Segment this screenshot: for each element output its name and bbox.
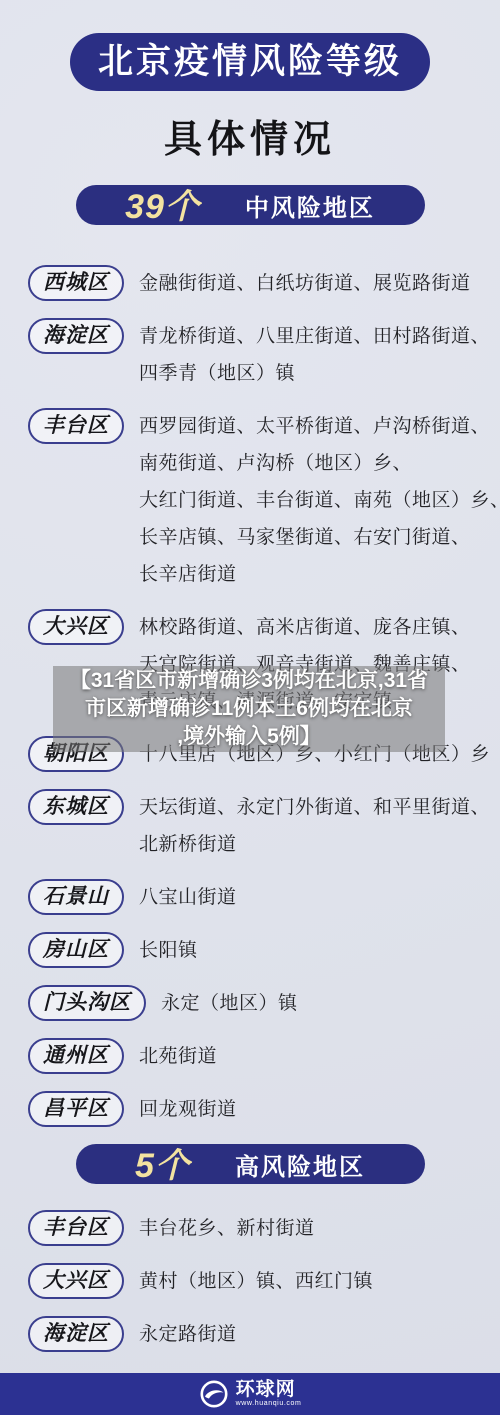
news-headline-line: 【31省区市新增确诊3例均在北京,31省	[55, 667, 443, 695]
street-list: 回龙观街道	[139, 1091, 479, 1128]
footer-brand: 环球网	[236, 1380, 296, 1399]
street-line: 永定路街道	[139, 1316, 479, 1353]
district-row: 通州区北苑街道	[28, 1038, 500, 1075]
news-headline-line: 市区新增确诊11例本土6例均在北京	[55, 695, 443, 723]
district-pill: 石景山	[28, 879, 124, 915]
medium-risk-count: 39个	[125, 179, 200, 228]
street-list: 北苑街道	[139, 1038, 479, 1075]
district-pill: 海淀区	[28, 1316, 124, 1352]
page-title: 北京疫情风险等级	[70, 33, 430, 91]
district-pill: 丰台区	[28, 408, 124, 444]
high-risk-count: 5个	[135, 1138, 190, 1187]
district-row: 海淀区青龙桥街道、八里庄街道、田村路街道、四季青（地区）镇	[28, 318, 500, 392]
section-medium-risk: 39个 中风险地区 西城区金融街街道、白纸坊街道、展览路街道海淀区青龙桥街道、八…	[0, 185, 500, 1128]
street-line: 长辛店镇、马家堡街道、右安门街道、	[139, 519, 479, 556]
medium-risk-label: 中风险地区	[245, 188, 375, 223]
high-risk-rows: 丰台区丰台花乡、新村街道大兴区黄村（地区）镇、西红门镇海淀区永定路街道	[0, 1210, 500, 1353]
footer-logo-text: 环球网 www.huanqiu.com	[236, 1380, 302, 1408]
district-row: 大兴区黄村（地区）镇、西红门镇	[28, 1263, 500, 1300]
street-line: 永定（地区）镇	[161, 985, 500, 1022]
street-list: 西罗园街道、太平桥街道、卢沟桥街道、南苑街道、卢沟桥（地区）乡、大红门街道、丰台…	[139, 408, 479, 593]
medium-risk-banner: 39个 中风险地区	[76, 185, 425, 225]
street-line: 青龙桥街道、八里庄街道、田村路街道、	[139, 318, 479, 355]
street-list: 八宝山街道	[139, 879, 479, 916]
street-line: 丰台花乡、新村街道	[139, 1210, 479, 1247]
street-line: 林校路街道、高米店街道、庞各庄镇、	[139, 609, 479, 646]
district-pill: 西城区	[28, 265, 124, 301]
news-headline-line: ,境外输入5例】	[55, 723, 443, 751]
district-row: 东城区天坛街道、永定门外街道、和平里街道、北新桥街道	[28, 789, 500, 863]
street-line: 天坛街道、永定门外街道、和平里街道、	[139, 789, 479, 826]
street-list: 天坛街道、永定门外街道、和平里街道、北新桥街道	[139, 789, 479, 863]
street-line: 北新桥街道	[139, 826, 479, 863]
infographic-page: 北京疫情风险等级 具体情况 39个 中风险地区 西城区金融街街道、白纸坊街道、展…	[0, 0, 500, 1415]
district-row: 海淀区永定路街道	[28, 1316, 500, 1353]
street-line: 西罗园街道、太平桥街道、卢沟桥街道、	[139, 408, 479, 445]
district-row: 昌平区回龙观街道	[28, 1091, 500, 1128]
subtitle: 具体情况	[0, 108, 500, 163]
district-row: 丰台区丰台花乡、新村街道	[28, 1210, 500, 1247]
street-list: 青龙桥街道、八里庄街道、田村路街道、四季青（地区）镇	[139, 318, 479, 392]
district-pill: 大兴区	[28, 1263, 124, 1299]
street-line: 八宝山街道	[139, 879, 479, 916]
street-line: 大红门街道、丰台街道、南苑（地区）乡、	[139, 482, 479, 519]
district-pill: 丰台区	[28, 1210, 124, 1246]
street-line: 金融街街道、白纸坊街道、展览路街道	[139, 265, 479, 302]
high-risk-label: 高风险地区	[235, 1147, 365, 1182]
street-list: 长阳镇	[139, 932, 479, 969]
footer-bar: 环球网 www.huanqiu.com	[0, 1373, 500, 1415]
street-line: 回龙观街道	[139, 1091, 479, 1128]
street-line: 长辛店街道	[139, 556, 479, 593]
street-line: 长阳镇	[139, 932, 479, 969]
district-row: 丰台区西罗园街道、太平桥街道、卢沟桥街道、南苑街道、卢沟桥（地区）乡、大红门街道…	[28, 408, 500, 593]
district-pill: 通州区	[28, 1038, 124, 1074]
street-list: 黄村（地区）镇、西红门镇	[139, 1263, 479, 1300]
district-row: 西城区金融街街道、白纸坊街道、展览路街道	[28, 265, 500, 302]
district-pill: 大兴区	[28, 609, 124, 645]
street-list: 金融街街道、白纸坊街道、展览路街道	[139, 265, 479, 302]
district-row: 石景山八宝山街道	[28, 879, 500, 916]
district-pill: 海淀区	[28, 318, 124, 354]
district-pill: 昌平区	[28, 1091, 124, 1127]
district-pill: 门头沟区	[28, 985, 146, 1021]
footer-url: www.huanqiu.com	[236, 1399, 302, 1408]
street-line: 南苑街道、卢沟桥（地区）乡、	[139, 445, 479, 482]
district-pill: 房山区	[28, 932, 124, 968]
district-pill: 东城区	[28, 789, 124, 825]
street-line: 北苑街道	[139, 1038, 479, 1075]
street-line: 四季青（地区）镇	[139, 355, 479, 392]
street-list: 丰台花乡、新村街道	[139, 1210, 479, 1247]
street-line: 黄村（地区）镇、西红门镇	[139, 1263, 479, 1300]
street-list: 永定（地区）镇	[161, 985, 500, 1022]
news-headline-overlay: 【31省区市新增确诊3例均在北京,31省 市区新增确诊11例本土6例均在北京 ,…	[53, 666, 445, 752]
high-risk-banner: 5个 高风险地区	[76, 1144, 425, 1184]
district-row: 房山区长阳镇	[28, 932, 500, 969]
district-row: 门头沟区永定（地区）镇	[28, 985, 500, 1022]
huanqiu-globe-icon	[199, 1379, 229, 1409]
street-list: 永定路街道	[139, 1316, 479, 1353]
section-high-risk: 5个 高风险地区 丰台区丰台花乡、新村街道大兴区黄村（地区）镇、西红门镇海淀区永…	[0, 1144, 500, 1353]
